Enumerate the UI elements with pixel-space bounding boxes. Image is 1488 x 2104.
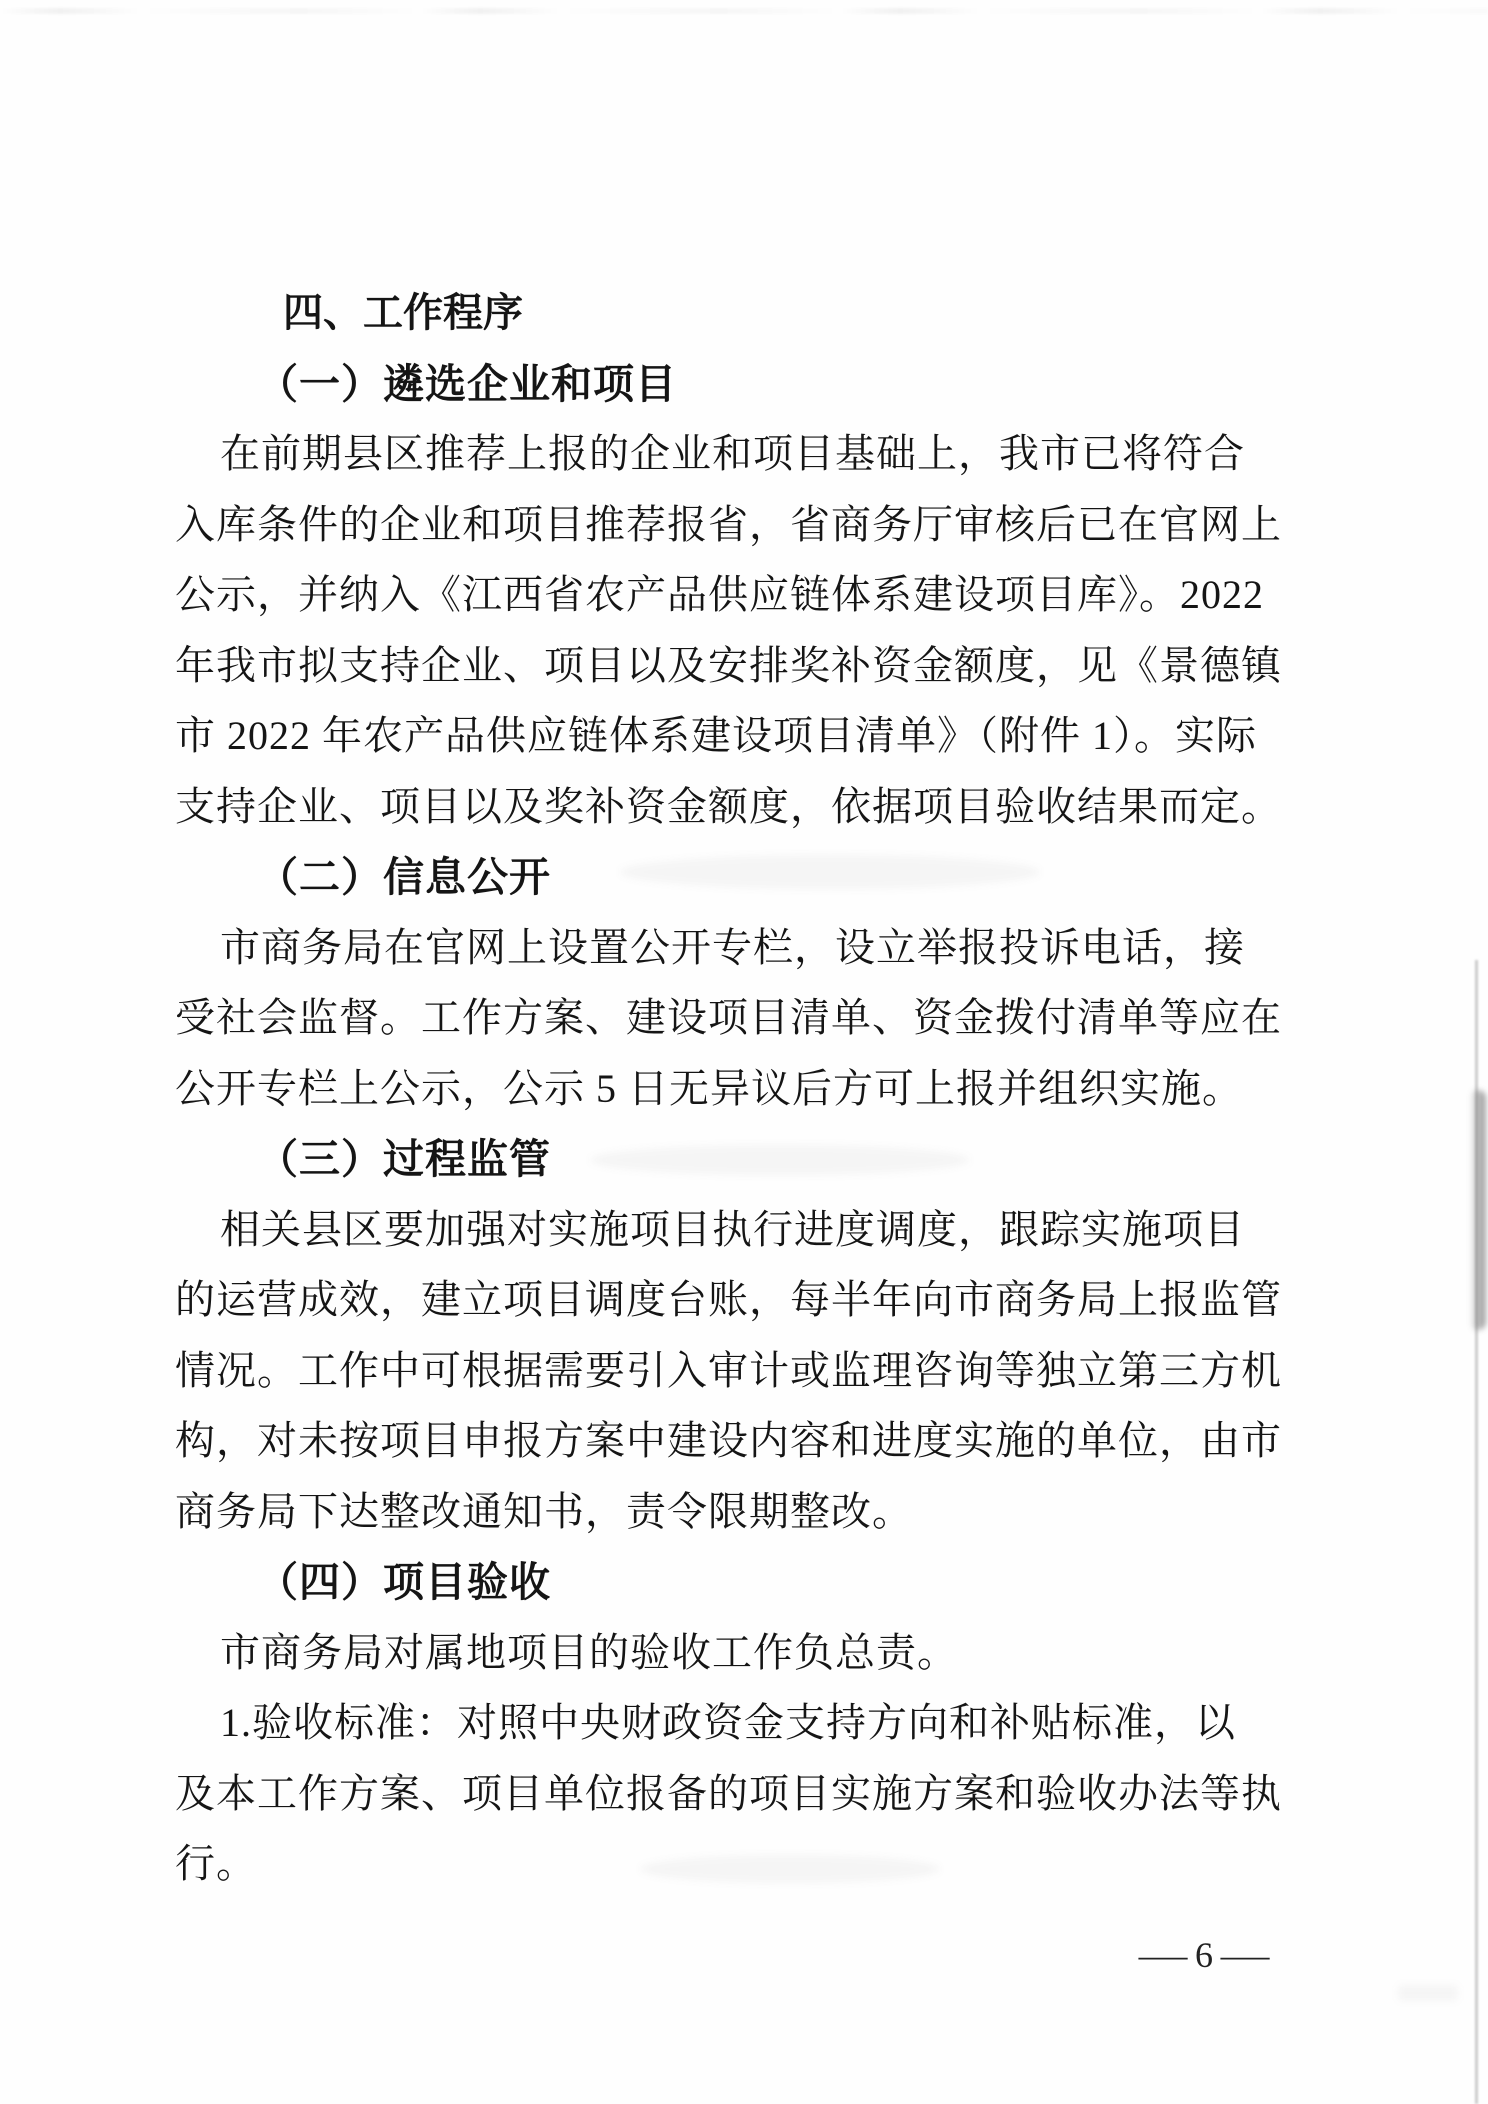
body-line-indented: 市商务局在官网上设置公开专栏，设立举报投诉电话，接 <box>175 913 1335 984</box>
body-line-indented: 市商务局对属地项目的验收工作负总责。 <box>175 1618 1335 1689</box>
body-line: 的运营成效，建立项目调度台账，每半年向市商务局上报监管 <box>175 1265 1335 1336</box>
document-text-block: 四、工作程序（一）遴选企业和项目在前期县区推荐上报的企业和项目基础上，我市已将符… <box>175 278 1335 1900</box>
page-number-value: 6 <box>1195 1930 1213 1980</box>
scan-smudge <box>1398 1985 1458 2001</box>
scan-artifact-right-band <box>1470 1090 1486 1330</box>
scanned-document-page: 四、工作程序（一）遴选企业和项目在前期县区推荐上报的企业和项目基础上，我市已将符… <box>0 0 1488 2104</box>
body-line-indented: 在前期县区推荐上报的企业和项目基础上，我市已将符合 <box>175 419 1335 490</box>
body-line: 行。 <box>175 1829 1335 1900</box>
body-line: 年我市拟支持企业、项目以及安排奖补资金额度，见《景德镇 <box>175 631 1335 702</box>
body-line: 支持企业、项目以及奖补资金额度，依据项目验收结果而定。 <box>175 772 1335 843</box>
subsection-heading: （四）项目验收 <box>175 1547 1335 1618</box>
body-line: 情况。工作中可根据需要引入审计或监理咨询等独立第三方机 <box>175 1336 1335 1407</box>
page-number-dash-right: — <box>1221 1930 1270 1980</box>
body-line: 市 2022 年农产品供应链体系建设项目清单》（附件 1）。实际 <box>175 701 1335 772</box>
page-number-dash-left: — <box>1139 1930 1188 1980</box>
body-line: 公示，并纳入《江西省农产品供应链体系建设项目库》。2022 <box>175 560 1335 631</box>
body-line: 及本工作方案、项目单位报备的项目实施方案和验收办法等执 <box>175 1759 1335 1830</box>
page-number: — 6 — <box>1145 1930 1305 1980</box>
body-line: 商务局下达整改通知书，责令限期整改。 <box>175 1477 1335 1548</box>
body-line: 构，对未按项目申报方案中建设内容和进度实施的单位，由市 <box>175 1406 1335 1477</box>
scan-noise-top-edge <box>0 8 1488 14</box>
body-line: 入库条件的企业和项目推荐报省，省商务厅审核后已在官网上 <box>175 490 1335 561</box>
subsection-heading: （三）过程监管 <box>175 1124 1335 1195</box>
subsection-heading: （一）遴选企业和项目 <box>175 349 1335 420</box>
body-line: 受社会监督。工作方案、建设项目清单、资金拨付清单等应在 <box>175 983 1335 1054</box>
subsection-heading: （二）信息公开 <box>175 842 1335 913</box>
body-line-indented: 1.验收标准：对照中央财政资金支持方向和补贴标准，以 <box>175 1688 1335 1759</box>
section-heading: 四、工作程序 <box>175 278 1335 349</box>
body-line-indented: 相关县区要加强对实施项目执行进度调度，跟踪实施项目 <box>175 1195 1335 1266</box>
body-line: 公开专栏上公示，公示 5 日无异议后方可上报并组织实施。 <box>175 1054 1335 1125</box>
